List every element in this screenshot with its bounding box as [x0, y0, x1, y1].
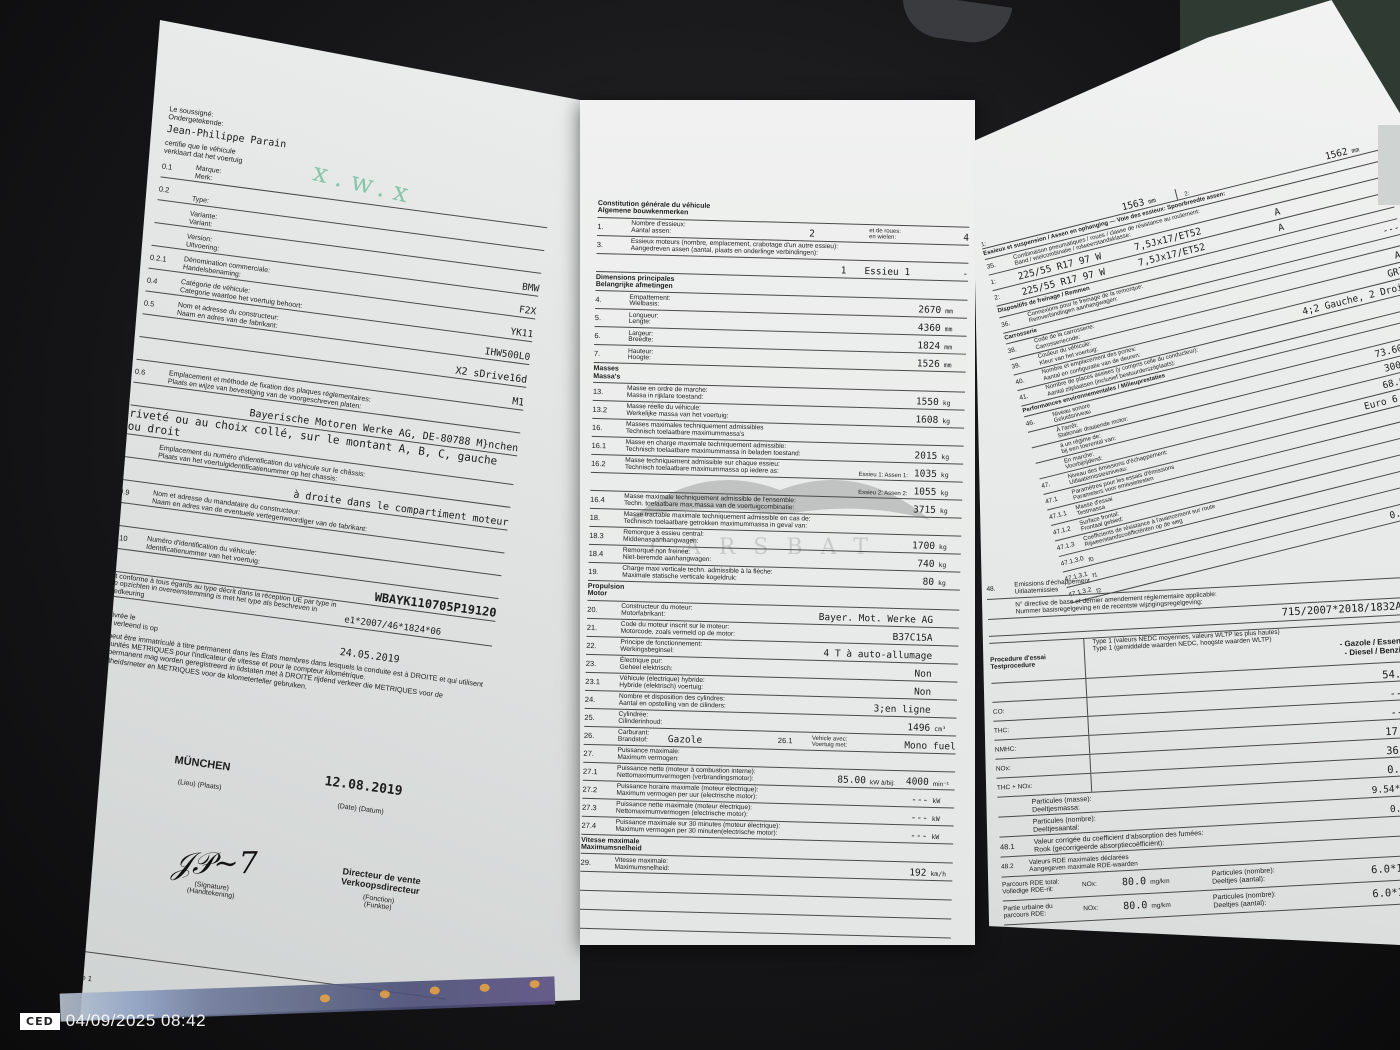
- signature-image: 𝒥𝒫~7: [171, 849, 258, 880]
- approval-number: e1*2007/46*1824*06: [344, 615, 442, 638]
- photo-timestamp: 04/09/2025 08:42: [66, 1011, 206, 1031]
- camera-overlay: CED 04/09/2025 08:42: [20, 1011, 206, 1031]
- certificate-page-3: 1:1563mm 2:1562mm Essieux et suspension …: [972, 0, 1400, 945]
- signature-block: 𝒥𝒫~7 (Signature) (Handtekening) Directeu…: [80, 831, 461, 929]
- place-date-block: MÜNCHEN(Lieu) (Plaats) 12.08.2019(Date) …: [82, 742, 473, 827]
- place: MÜNCHEN: [174, 754, 231, 773]
- certificate-page-2: CARSBAT Constitution générale du véhicul…: [580, 100, 975, 945]
- background-object: [898, 0, 1012, 47]
- background-paper-edge: [1378, 125, 1400, 205]
- signing-date: 12.08.2019: [324, 774, 404, 799]
- engine-rows: 20. Constructeur du moteur:Motorfabrikan…: [584, 601, 959, 737]
- emission-test-table: Procedure d'essaiTestprocedure Type 1 (v…: [989, 621, 1400, 798]
- dimension-rows: 4. Empattement:Wielbasis: 2670mm 5. Long…: [594, 291, 968, 373]
- emission-value-rows: 54.3 CO: --- THC: --- NMHC: 17.6 NOx: 36…: [991, 662, 1400, 798]
- certificate-page-1: Le soussigné: Ondergetekende: Jean-Phili…: [80, 20, 580, 1020]
- mass-rows: 13. Masse en ordre de marche:Massa in ri…: [591, 383, 965, 465]
- electric-power-rows: 27.2 Puissance horaire maximale (moteur …: [581, 781, 954, 845]
- photo-scene: Le soussigné: Ondergetekende: Jean-Phili…: [0, 0, 1400, 1050]
- towing-mass-rows: 16.4 Masse maximale techniquement admiss…: [588, 491, 962, 591]
- ced-logo: CED: [20, 1013, 60, 1030]
